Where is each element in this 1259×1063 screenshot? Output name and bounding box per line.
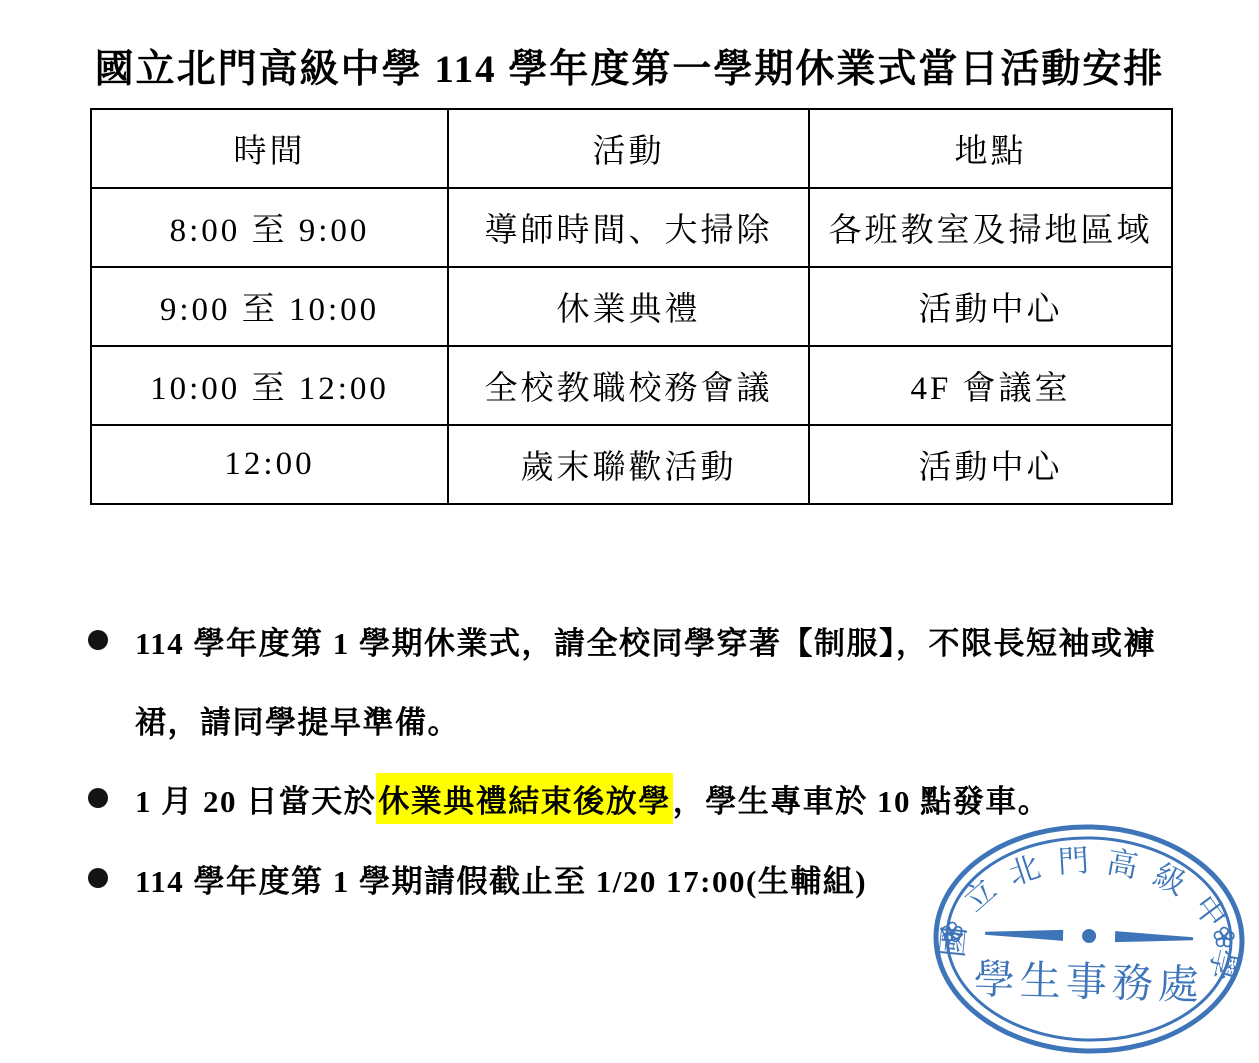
note-text-suffix: ，學生專車於 10 點發車。	[673, 776, 1051, 821]
bullet-icon	[88, 788, 108, 808]
table-cell-activity: 歲末聯歡活動	[448, 425, 809, 504]
note-text-highlighted: 休業典禮結束後放學	[376, 773, 673, 824]
table-cell-activity: 導師時間、大掃除	[448, 188, 809, 267]
note-text-prefix: 1 月 20 日當天於	[135, 776, 376, 821]
table-header-location: 地點	[809, 109, 1172, 188]
table-header-activity: 活動	[448, 109, 809, 188]
bullet-icon	[88, 868, 108, 888]
note-text: 114 學年度第 1 學期休業式，請全校同學穿著【制服】，不限長短袖或褲	[135, 618, 1156, 663]
table-row: 9:00 至 10:00 休業典禮 活動中心	[91, 267, 1172, 346]
table-cell-time: 12:00	[91, 425, 448, 504]
stamp-divider-icon	[985, 926, 1193, 945]
document-page: 國立北門高級中學 114 學年度第一學期休業式當日活動安排 時間 活動 地點 8…	[0, 0, 1259, 1063]
table-header-time: 時間	[91, 109, 448, 188]
schedule-table: 時間 活動 地點 8:00 至 9:00 導師時間、大掃除 各班教室及掃地區域 …	[90, 108, 1173, 505]
table-cell-activity: 休業典禮	[448, 267, 809, 346]
note-uniform-line2: 裙，請同學提早準備。	[0, 690, 1259, 748]
table-cell-location: 各班教室及掃地區域	[809, 188, 1172, 267]
table-cell-time: 8:00 至 9:00	[91, 188, 448, 267]
table-cell-location: 活動中心	[809, 425, 1172, 504]
office-stamp: 國立北門高級中學 學	[926, 818, 1252, 1060]
table-cell-location: 4F 會議室	[809, 346, 1172, 425]
table-cell-time: 9:00 至 10:00	[91, 267, 448, 346]
page-title: 國立北門高級中學 114 學年度第一學期休業式當日活動安排	[0, 38, 1259, 94]
note-text: 裙，請同學提早準備。	[135, 697, 460, 742]
stamp-bottom-text: 學生事務處	[973, 956, 1204, 1008]
note-text: 114 學年度第 1 學期請假截止至 1/20 17:00(生輔組)	[135, 856, 867, 901]
table-row: 10:00 至 12:00 全校教職校務會議 4F 會議室	[91, 346, 1172, 425]
table-row: 12:00 歲末聯歡活動 活動中心	[91, 425, 1172, 504]
bullet-icon	[88, 630, 108, 650]
table-cell-time: 10:00 至 12:00	[91, 346, 448, 425]
table-cell-activity: 全校教職校務會議	[448, 346, 809, 425]
table-header-row: 時間 活動 地點	[91, 109, 1172, 188]
note-uniform-line1: 114 學年度第 1 學期休業式，請全校同學穿著【制服】，不限長短袖或褲	[0, 611, 1259, 669]
table-row: 8:00 至 9:00 導師時間、大掃除 各班教室及掃地區域	[91, 188, 1172, 267]
table-cell-location: 活動中心	[809, 267, 1172, 346]
